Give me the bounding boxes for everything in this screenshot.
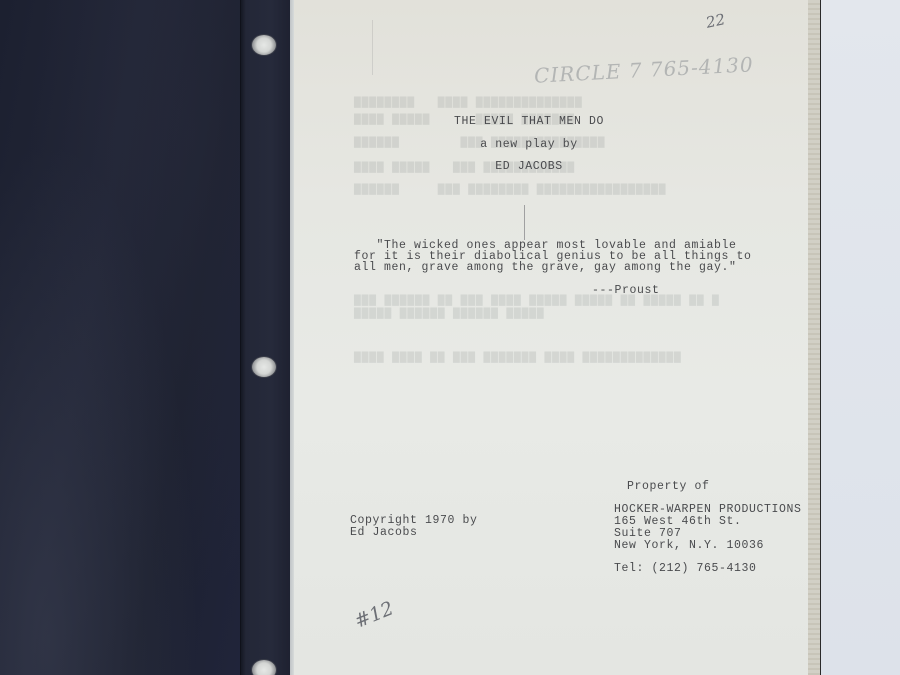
property-city: New York, N.Y. 10036 <box>614 539 764 552</box>
play-title: THE EVIL THAT MEN DO <box>454 115 604 128</box>
handwritten-copy-number: #12 <box>351 597 396 632</box>
show-through-text: ▇▇▇▇ ▇▇▇▇ ▇▇ ▇▇▇ ▇▇▇▇▇▇▇ ▇▇▇▇ ▇▇▇▇▇▇▇▇▇▇… <box>354 350 682 364</box>
copyright-owner: Ed Jacobs <box>350 526 418 539</box>
handwritten-page-number: 22 <box>704 10 726 32</box>
show-through-text: ▇▇▇ ▇▇▇▇▇▇ ▇▇ ▇▇▇ ▇▇▇▇ ▇▇▇▇▇ ▇▇▇▇▇ ▇▇ ▇▇… <box>354 293 720 307</box>
handwritten-note: CIRCLE 7 765-4130 <box>534 52 755 87</box>
manuscript-title-page: ▇▇▇▇▇▇▇▇ ▇▇▇▇ ▇▇▇▇▇▇▇▇▇▇▇▇▇▇ ▇▇▇▇ ▇▇▇▇▇ … <box>294 0 816 675</box>
table-surface <box>821 0 900 675</box>
binder-cover <box>0 0 240 675</box>
binder-grommet-bottom <box>252 660 276 675</box>
property-phone: Tel: (212) 765-4130 <box>614 562 757 575</box>
pencil-mark <box>372 20 373 75</box>
epigraph-line-3: all men, grave among the grave, gay amon… <box>354 261 737 274</box>
page-stack-edge <box>808 0 821 675</box>
pencil-mark <box>524 205 525 240</box>
show-through-text: ▇▇▇▇▇▇ ▇▇▇ ▇▇▇▇▇▇▇▇ ▇▇▇▇▇▇▇▇▇▇▇▇▇▇▇▇▇ <box>354 182 666 196</box>
property-label: Property of <box>627 480 710 493</box>
show-through-text: ▇▇▇▇▇ ▇▇▇▇▇▇ ▇▇▇▇▇▇ ▇▇▇▇▇ <box>354 306 545 320</box>
play-author: ED JACOBS <box>454 160 604 173</box>
play-subtitle: a new play by <box>454 138 604 151</box>
show-through-text: ▇▇▇▇▇▇▇▇ ▇▇▇▇ ▇▇▇▇▇▇▇▇▇▇▇▇▇▇ <box>354 95 583 109</box>
epigraph-attribution: ---Proust <box>592 284 660 297</box>
binder-grommet-middle <box>252 357 276 377</box>
binder-grommet-top <box>252 35 276 55</box>
binder-spine <box>240 0 291 675</box>
